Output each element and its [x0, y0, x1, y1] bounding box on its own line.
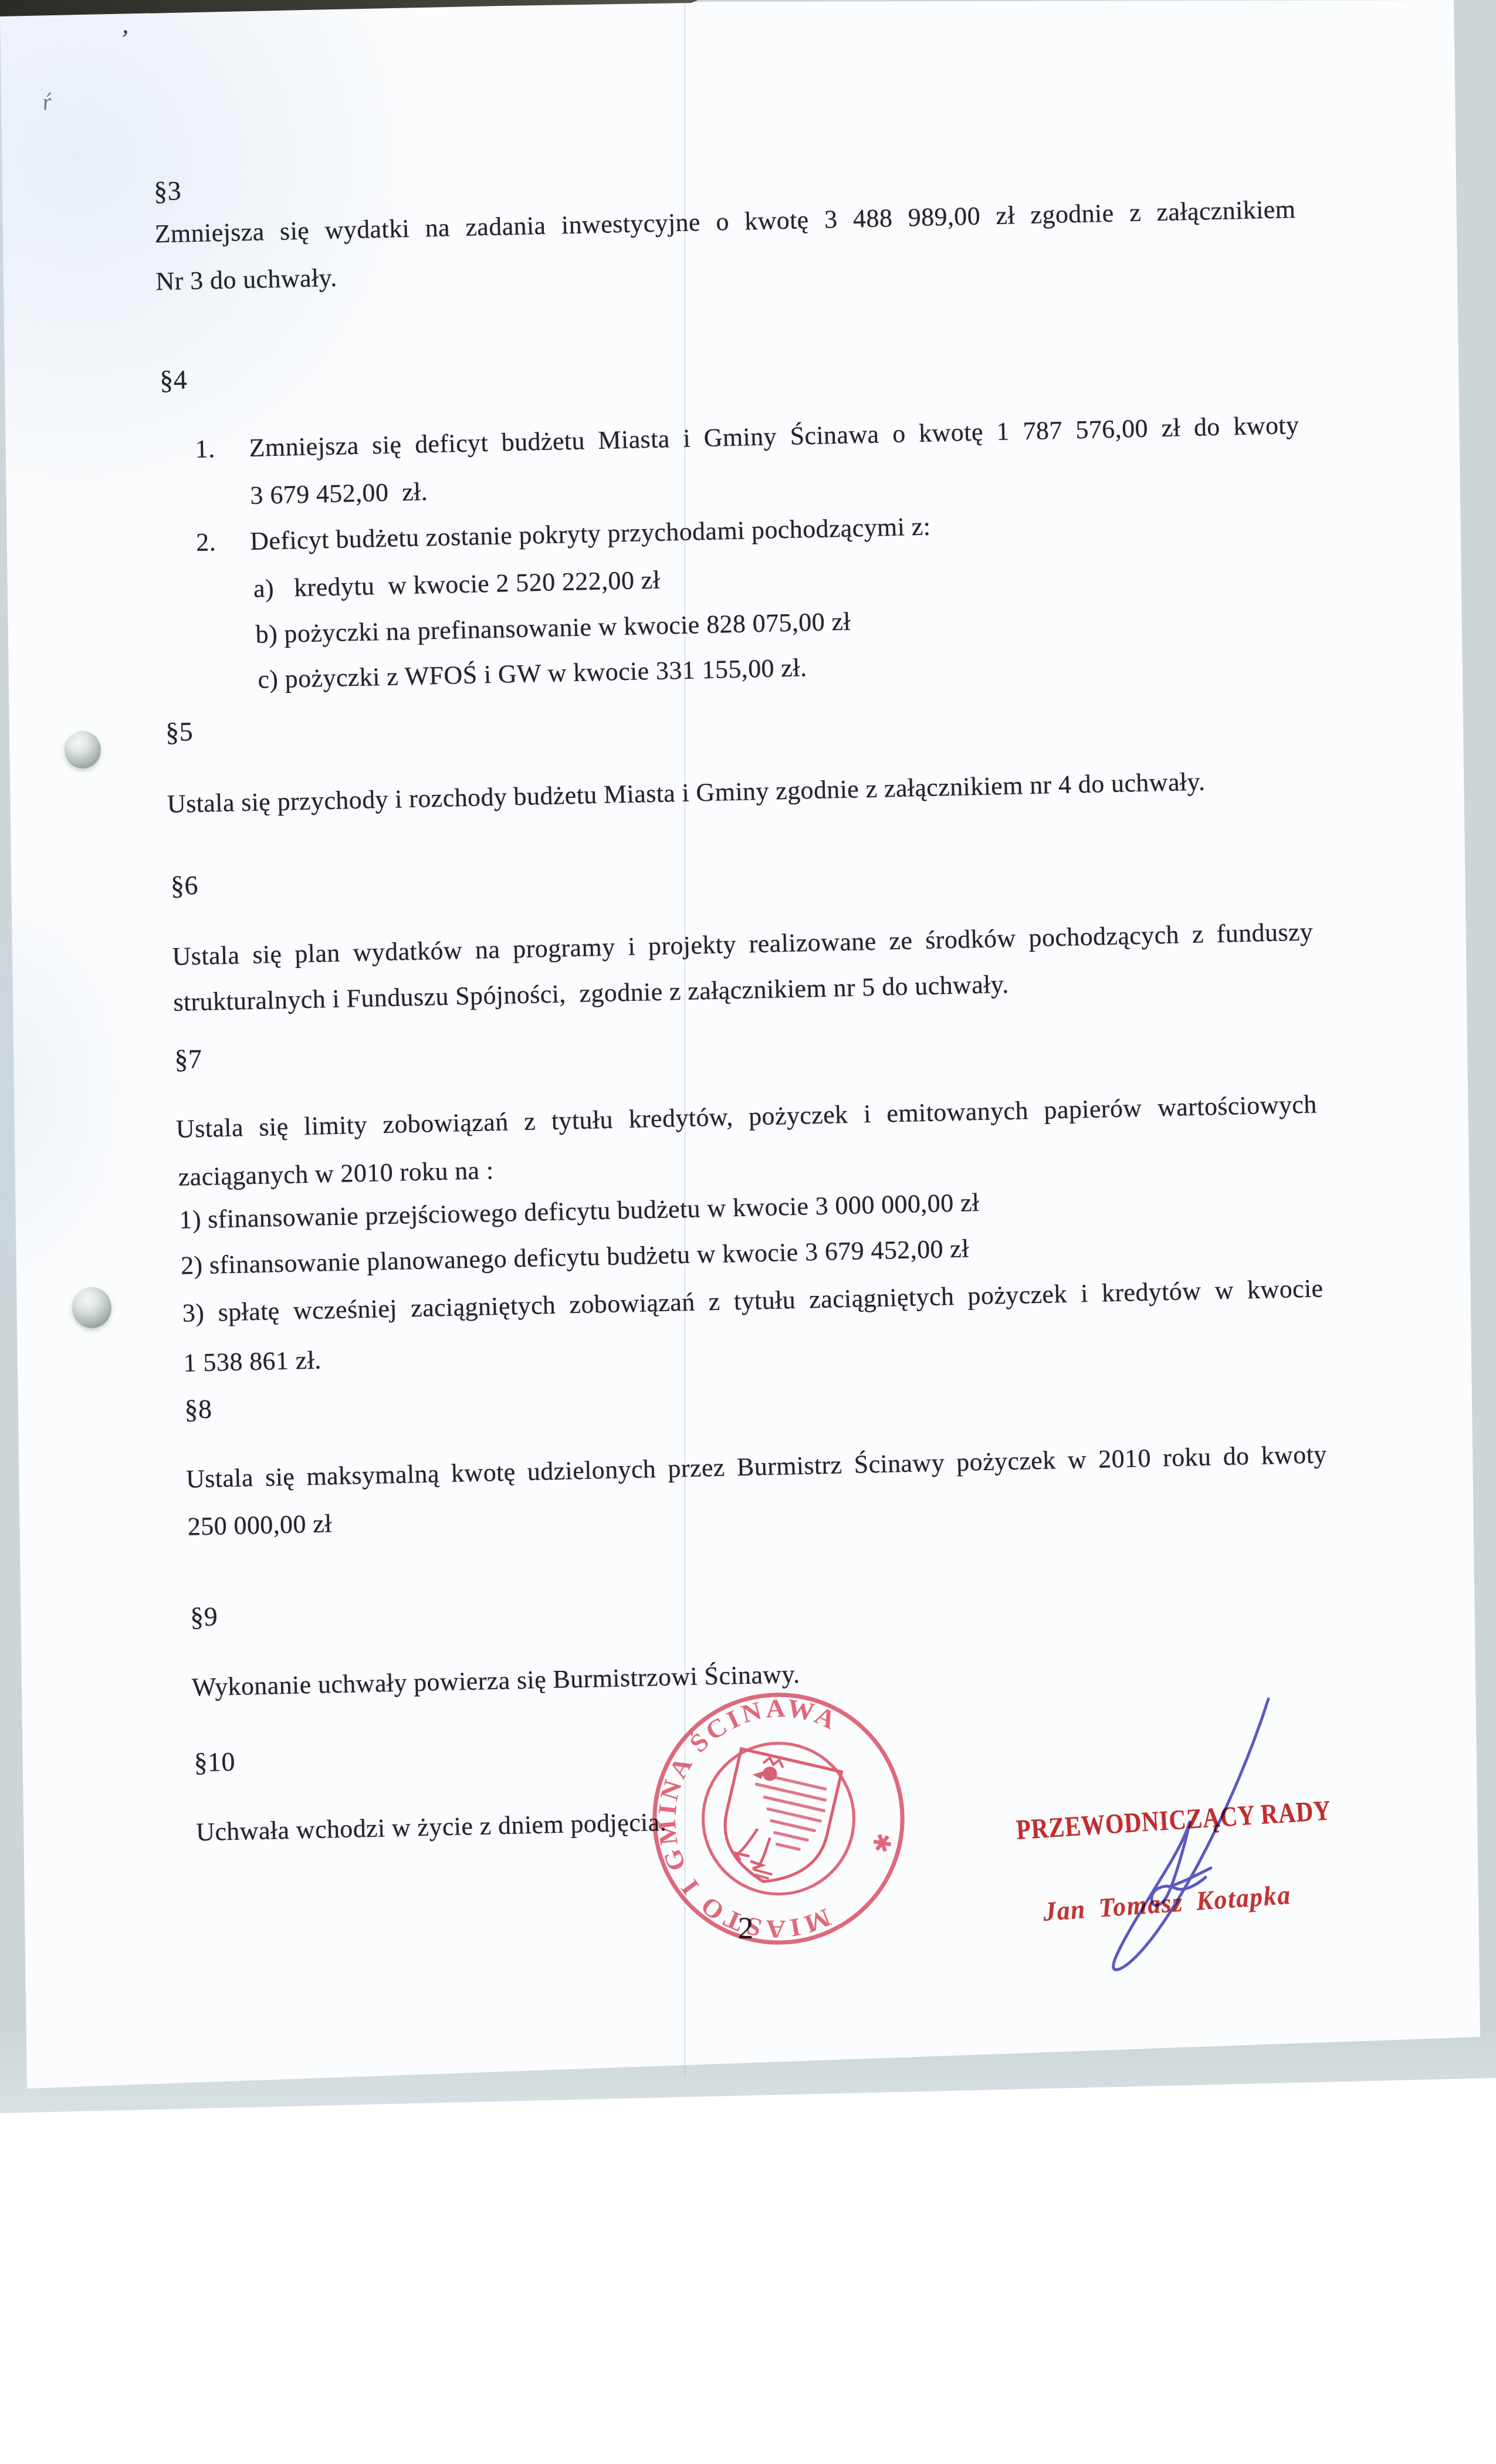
municipal-round-stamp: MIASTO I GMINA ŚCINAWA ✱ — [629, 1669, 928, 1968]
section-3-line: Nr 3 do uchwały. — [155, 263, 337, 297]
section-7-header: §7 — [174, 1044, 202, 1075]
stamp-eagle-shield — [713, 1749, 842, 1893]
section-8-line: Ustala się maksymalną kwotę udzielonych … — [186, 1440, 1328, 1494]
section-4-item: Deficyt budżetu zostanie pokryty przycho… — [250, 512, 931, 557]
section-6-line: Ustala się plan wydatków na programy i p… — [172, 918, 1314, 972]
list-number: 1. — [195, 434, 215, 464]
section-7-line: zaciąganych w 2010 roku na : — [178, 1156, 494, 1192]
stamp-star-icon: ✱ — [867, 1830, 896, 1854]
section-7-point: 1) sfinansowanie przejściowego deficytu … — [179, 1188, 980, 1235]
section-4-item: 3 679 452,00 zł. — [250, 477, 428, 510]
section-4-subitem: a) kredytu w kwocie 2 520 222,00 zł — [253, 566, 660, 604]
list-number: 2. — [196, 527, 216, 557]
section-8-line: 250 000,00 zł — [187, 1509, 332, 1542]
section-10-header: §10 — [194, 1747, 235, 1778]
section-7-point: 1 538 861 zł. — [183, 1346, 321, 1379]
section-4-item: Zmniejsza się deficyt budżetu Miasta i G… — [249, 411, 1299, 463]
section-9-header: §9 — [190, 1602, 218, 1633]
section-7-point: 3) spłatę wcześniej zaciągniętych zobowi… — [182, 1274, 1324, 1328]
section-6-header: §6 — [170, 870, 198, 902]
section-4-subitem: b) pożyczki na prefinansowanie w kwocie … — [255, 607, 851, 650]
section-6-line: strukturalnych i Funduszu Spójności, zgo… — [173, 970, 1009, 1018]
scanned-resolution-page: ’ ŕ §3 Zmniejsza się wydatki na zadania … — [0, 0, 1496, 2464]
section-3-header: §3 — [154, 175, 182, 207]
section-5-line: Ustala się przychody i rozchody budżetu … — [167, 767, 1205, 820]
section-4-header: §4 — [160, 364, 188, 396]
section-10-line: Uchwała wchodzi w życie z dniem podjęcia… — [196, 1808, 667, 1847]
section-7-line: Ustala się limity zobowiązań z tytułu kr… — [176, 1089, 1318, 1144]
section-7-point: 2) sfinansowanie planowanego deficytu bu… — [181, 1234, 970, 1281]
section-8-header: §8 — [184, 1394, 212, 1426]
section-3-line: Zmniejsza się wydatki na zadania inwesty… — [154, 195, 1296, 249]
section-4-subitem: c) pożyczki z WFOŚ i GW w kwocie 331 155… — [258, 653, 807, 695]
section-5-header: §5 — [165, 716, 194, 748]
